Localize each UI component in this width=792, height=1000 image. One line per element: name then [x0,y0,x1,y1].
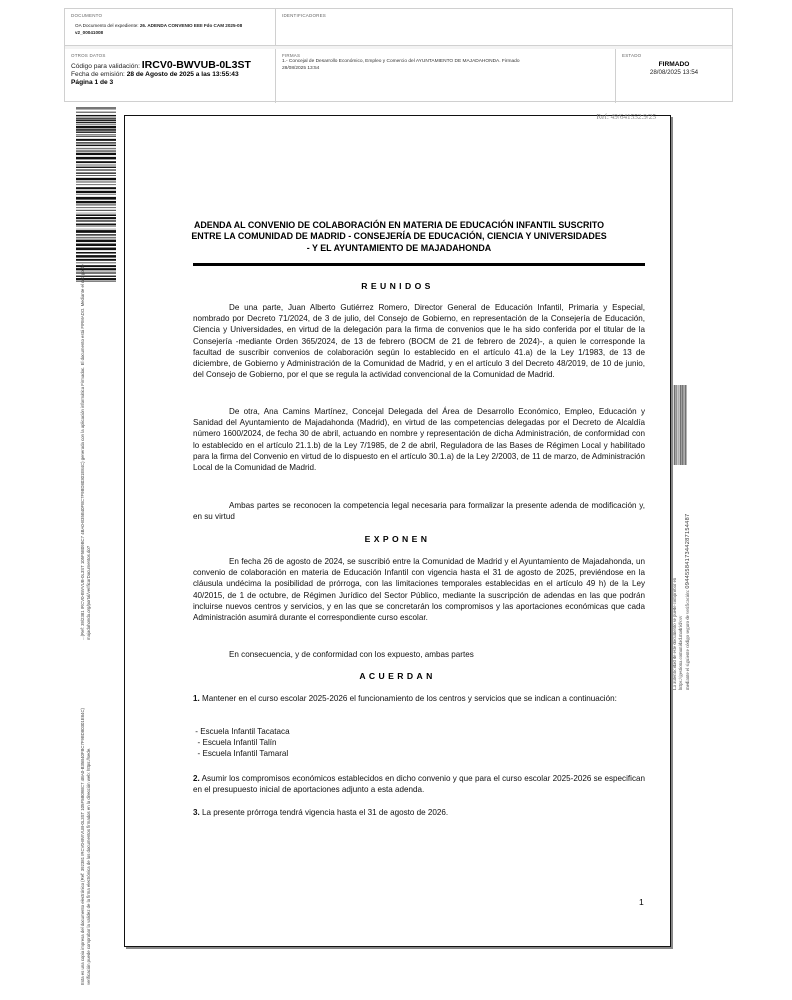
school-list: - Escuela Infantil Tacataca - Escuela In… [193,726,645,760]
page-count: Página 1 de 3 [71,79,251,87]
identificadores-cell: IDENTIFICADORES [276,9,732,46]
estado-label: ESTADO [622,53,641,58]
signature-header-table: DOCUMENTO OA Documento del expediente: 2… [64,8,733,102]
list-item: - Escuela Infantil Talín [193,737,645,748]
list-item: - Escuela Infantil Tacataca [193,726,645,737]
list-item: - Escuela Infantil Tamaral [193,748,645,759]
section-exponen: EXPONEN [125,534,670,544]
side-verification-text-bottom: Esta es una copia impresa del documento … [80,640,91,985]
otros-datos-cell: OTROS DATOS Código para validación: IRCV… [65,49,276,103]
paragraph-competence: Ambas partes se reconocen la competencia… [193,500,645,522]
documento-label: DOCUMENTO [71,13,102,18]
document-page: Ref: 49/641552.9/25 ADENDA AL CONVENIO D… [124,115,671,947]
estado-cell: ESTADO FIRMADO 28/08/2025 13:54 [616,49,732,103]
barcode-left-icon [76,107,116,282]
firmas-cell: FIRMAS 1.- Concejal de Desarrollo Económ… [276,49,616,103]
reference-number: Ref: 49/641552.9/25 [597,113,657,121]
documento-value: OA Documento del expediente: 26. ADENDA … [75,23,265,36]
issue-date: Fecha de emisión: 28 de Agosto de 2025 a… [71,71,251,79]
status-badge: FIRMADO [616,61,732,69]
signature-entry: 1.- Concejal de Desarrollo Económico, Em… [282,59,602,72]
agreement-1: 1. Mantener en el curso escolar 2025-202… [193,693,645,704]
firmas-label: FIRMAS [282,53,300,58]
status-date: 28/08/2025 13:54 [616,69,732,77]
otros-datos-label: OTROS DATOS [71,53,106,58]
section-acuerdan: ACUERDAN [125,671,670,681]
side-csv-text: La autenticidad de este documento se pue… [673,400,692,690]
page-number: 1 [639,897,644,907]
agreement-2: 2. Asumir los compromisos económicos est… [193,773,645,795]
paragraph-exposition: En fecha 26 de agosto de 2024, se suscri… [193,556,645,623]
side-verification-text-top: ...(Ref: 39/2381 IRCV0-BWVUB-0L3ST 105F5… [80,300,91,640]
documento-cell: DOCUMENTO OA Documento del expediente: 2… [65,9,276,46]
section-reunidos: REUNIDOS [125,281,670,291]
csv-code: 0944558417344287154487 [685,514,691,589]
agreement-3: 3. La presente prórroga tendrá vigencia … [193,807,645,818]
validation-code: Código para validación: IRCV0-BWVUB-0L3S… [71,61,251,71]
paragraph-second-party: De otra, Ana Camins Martínez, Concejal D… [193,406,645,473]
identificadores-label: IDENTIFICADORES [282,13,326,18]
document-title: ADENDA AL CONVENIO DE COLABORACIÓN EN MA… [187,220,611,254]
paragraph-first-party: De una parte, Juan Alberto Gutiérrez Rom… [193,302,645,380]
paragraph-consequence: En consecuencia, y de conformidad con lo… [193,649,645,660]
title-rule [193,263,645,266]
